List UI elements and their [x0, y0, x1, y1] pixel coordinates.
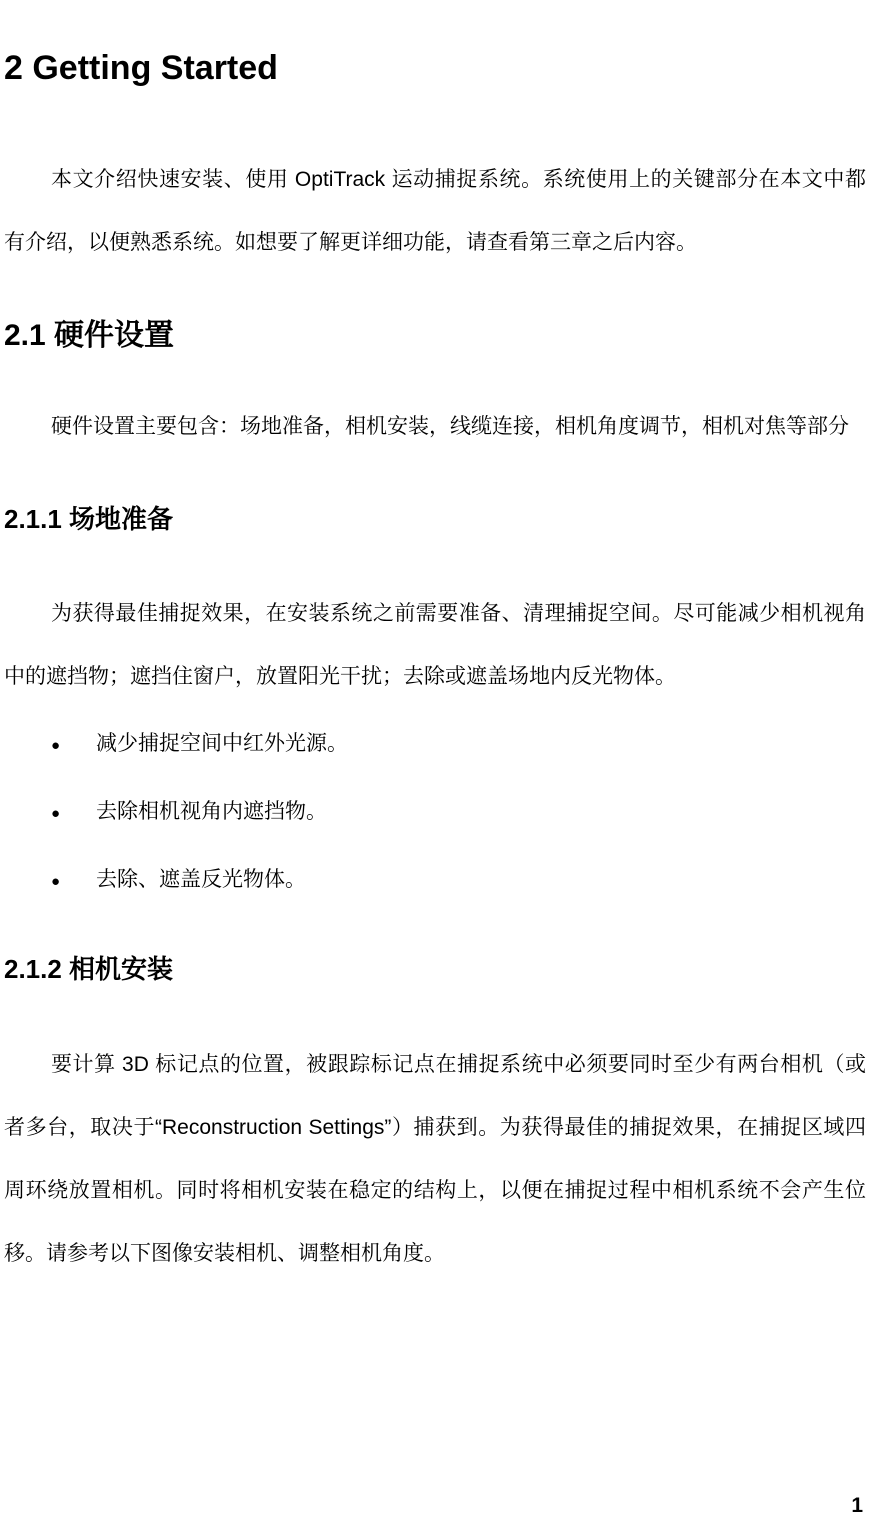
bullet-icon: ● — [51, 850, 96, 913]
intro-paragraph: 本文介绍快速安装、使用 OptiTrack 运动捕捉系统。系统使用上的关键部分在… — [4, 148, 866, 274]
page-number: 1 — [851, 1492, 863, 1520]
list-item-text: 去除相机视角内遮挡物。 — [96, 800, 327, 823]
site-preparation-paragraph: 为获得最佳捕捉效果，在安装系统之前需要准备、清理捕捉空间。尽可能减少相机视角中的… — [4, 582, 866, 708]
chapter-heading: 2 Getting Started — [4, 44, 866, 92]
bullet-icon: ● — [51, 782, 96, 845]
list-item: ●去除相机视角内遮挡物。 — [4, 780, 866, 845]
camera-installation-paragraph: 要计算 3D 标记点的位置，被跟踪标记点在捕捉系统中必须要同时至少有两台相机（或… — [4, 1033, 866, 1285]
section-heading-site-preparation: 2.1.1 场地准备 — [4, 500, 866, 538]
section-heading-hardware-setup: 2.1 硬件设置 — [4, 315, 866, 357]
list-item: ●减少捕捉空间中红外光源。 — [4, 712, 866, 777]
hardware-overview-paragraph: 硬件设置主要包含：场地准备，相机安装，线缆连接，相机角度调节，相机对焦等部分 — [4, 395, 866, 458]
section-heading-camera-installation: 2.1.2 相机安装 — [4, 950, 866, 988]
bullet-icon: ● — [51, 714, 96, 777]
list-item: ●去除、遮盖反光物体。 — [4, 848, 866, 913]
site-prep-checklist: ●减少捕捉空间中红外光源。 ●去除相机视角内遮挡物。 ●去除、遮盖反光物体。 — [4, 712, 866, 913]
list-item-text: 减少捕捉空间中红外光源。 — [96, 732, 348, 755]
document-page: { "document": { "chapter_title": "2 Gett… — [0, 0, 872, 1523]
page-content: 2 Getting Started 本文介绍快速安装、使用 OptiTrack … — [0, 44, 872, 1285]
list-item-text: 去除、遮盖反光物体。 — [96, 868, 306, 891]
